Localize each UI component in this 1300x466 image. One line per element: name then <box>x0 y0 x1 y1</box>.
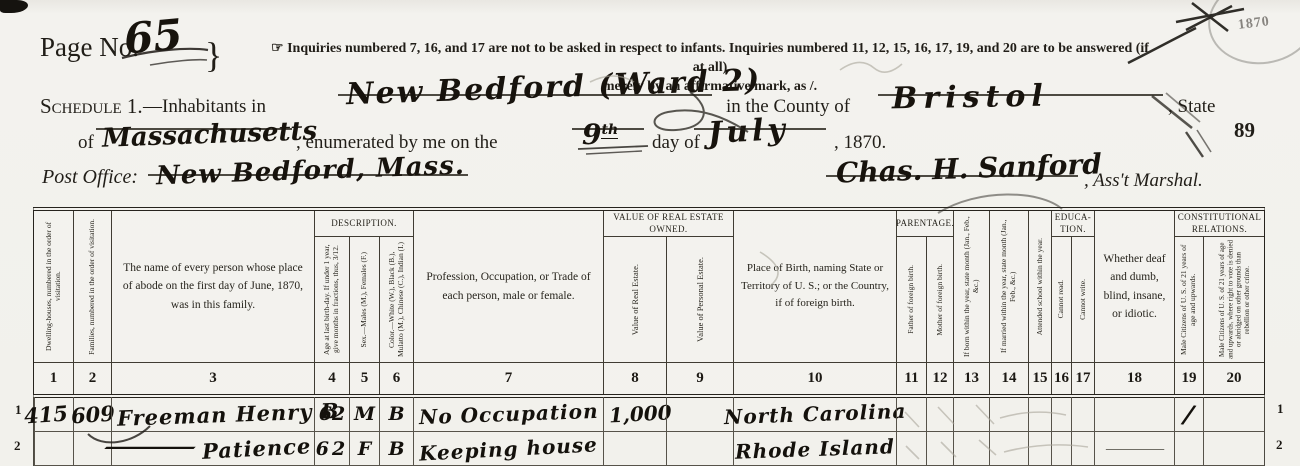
col-num-19: 19 <box>1174 362 1203 394</box>
line-number-left-2: 2 <box>14 438 21 454</box>
year-suffix: , 1870. <box>834 132 886 154</box>
census-document-page: 1870 Page No. 65 } ☞ Inquiries numbered … <box>0 0 1300 466</box>
post-office-value: New Bedford, Mass. <box>156 151 466 192</box>
col-header-married-month: If married within the year, state month … <box>989 211 1028 362</box>
line-number-right-2: 2 <box>1276 437 1283 453</box>
col-header-attended-school: Attended school within the year. <box>1028 211 1051 362</box>
post-office-label: Post Office: <box>42 166 138 189</box>
cell-dwelling-r2 <box>34 432 73 466</box>
schedule-title: Schedule 1. <box>40 94 143 119</box>
col-header-sex: Sex.—Males (M.), Females (F.) <box>349 237 379 362</box>
group-header-constitutional: Constitutional Relations. <box>1174 211 1264 237</box>
col-header-born-month: If born within the year, state month (Ja… <box>953 211 989 362</box>
col-num-9: 9 <box>666 362 733 394</box>
cell-father-foreign-r1 <box>896 397 926 432</box>
enumerated-label: , enumerated by me on the <box>296 132 498 154</box>
cell-attended-school-r1 <box>1028 397 1051 432</box>
col-header-profession: Profession, Occupation, or Trade of each… <box>413 211 603 362</box>
state-suffix: , State <box>1168 96 1216 118</box>
cell-name-r2: —Patience <box>111 432 314 466</box>
col-num-15: 15 <box>1028 362 1051 394</box>
inhabitants-label: —Inhabitants in <box>143 96 266 118</box>
day-label: day of <box>652 132 700 154</box>
group-header-description: Description. <box>314 211 413 237</box>
cell-personal-estate-r1 <box>666 397 733 432</box>
of-label: of <box>78 132 94 154</box>
col-num-10: 10 <box>733 362 896 394</box>
cell-sex-r2: F <box>349 432 379 466</box>
cell-mother-foreign-r1 <box>926 397 953 432</box>
cell-birthplace-r2: Rhode Island <box>733 432 896 466</box>
cell-cannot-read-r1 <box>1051 397 1071 432</box>
cell-age-r2: 62 <box>314 432 349 466</box>
sheet-number: 89 <box>1234 118 1255 143</box>
col-num-11: 11 <box>896 362 926 394</box>
marshal-label: , Ass't Marshal. <box>1084 170 1203 192</box>
county-value: Bristol <box>892 79 1049 117</box>
col-num-20: 20 <box>1203 362 1264 394</box>
page-no-value: 65 <box>122 10 185 64</box>
line-number-left-1: 1 <box>15 402 22 418</box>
cell-married-month-r1 <box>989 397 1028 432</box>
ink-blot <box>0 0 28 13</box>
col-num-7: 7 <box>413 362 603 394</box>
state-value: Massachusetts <box>102 116 318 153</box>
cell-male-citizen-r1: / <box>1174 397 1203 432</box>
cell-born-month-r1 <box>953 397 989 432</box>
cell-cannot-read-r2 <box>1051 432 1071 466</box>
cell-dwelling-r1: 415 <box>34 397 73 432</box>
col-header-dwelling: Dwelling-houses, numbered in the order o… <box>34 211 73 362</box>
col-num-13: 13 <box>953 362 989 394</box>
table-header: Dwelling-houses, numbered in the order o… <box>33 207 1265 398</box>
table-body: 415 609 Freeman Henry B 62 M B No Occupa… <box>33 397 1265 466</box>
cell-cannot-write-r1 <box>1071 397 1094 432</box>
col-num-4: 4 <box>314 362 349 394</box>
col-header-name: The name of every person whose place of … <box>111 211 314 362</box>
cell-age-r1: 62 <box>314 397 349 432</box>
cell-birthplace-r1: North Carolina <box>733 397 896 432</box>
line-number-right-1: 1 <box>1277 401 1284 417</box>
cell-occupation-r2: Keeping house <box>413 432 603 466</box>
col-num-1: 1 <box>34 362 73 394</box>
group-header-parentage: Parentage. <box>896 211 953 237</box>
col-header-color: Color.—White (W.), Black (B.), Mulatto (… <box>379 237 413 362</box>
col-header-birthplace: Place of Birth, naming State or Territor… <box>733 211 896 362</box>
cell-real-estate-r2 <box>603 432 666 466</box>
cell-male-citizen-r2 <box>1174 432 1203 466</box>
col-num-17: 17 <box>1071 362 1094 394</box>
col-num-12: 12 <box>926 362 953 394</box>
cell-cannot-write-r2 <box>1071 432 1094 466</box>
postmark-stamp <box>1203 0 1300 71</box>
col-header-families: Families, numbered in the order of visit… <box>73 211 111 362</box>
col-num-2: 2 <box>73 362 111 394</box>
cell-real-estate-r1: 1,000 <box>603 397 666 432</box>
pointing-hand-icon: ☞ <box>271 41 284 56</box>
col-num-14: 14 <box>989 362 1028 394</box>
cell-male-citizen-denied-r2 <box>1203 432 1264 466</box>
cell-deaf-dumb-r1 <box>1094 397 1174 432</box>
cell-born-month-r2 <box>953 432 989 466</box>
col-num-18: 18 <box>1094 362 1174 394</box>
cell-mother-foreign-r2 <box>926 432 953 466</box>
col-num-16: 16 <box>1051 362 1071 394</box>
col-header-age: Age at last birth-day. If under 1 year, … <box>314 237 349 362</box>
col-header-male-citizen-denied: Male Citizens of U. S. of 21 years of ag… <box>1203 237 1264 362</box>
day-value: 9th <box>582 118 618 151</box>
cell-married-month-r2 <box>989 432 1028 466</box>
cell-sex-r1: M <box>349 397 379 432</box>
col-num-3: 3 <box>111 362 314 394</box>
col-header-cannot-write: Cannot write. <box>1071 237 1094 362</box>
cell-color-r1: B <box>379 397 413 432</box>
cell-personal-estate-r2 <box>666 432 733 466</box>
day-suffix: th <box>601 122 618 139</box>
col-header-cannot-read: Cannot read. <box>1051 237 1071 362</box>
month-value: July <box>707 112 790 151</box>
cell-color-r2: B <box>379 432 413 466</box>
cell-father-foreign-r2 <box>896 432 926 466</box>
cell-name-r1: Freeman Henry B <box>111 397 314 432</box>
col-header-deaf-dumb: Whether deaf and dumb, blind, insane, or… <box>1094 211 1174 362</box>
col-header-father-foreign: Father of foreign birth. <box>896 237 926 362</box>
col-num-8: 8 <box>603 362 666 394</box>
col-num-6: 6 <box>379 362 413 394</box>
brace-glyph: } <box>205 34 222 76</box>
col-header-real-estate-value: Value of Real Estate. <box>603 237 666 362</box>
group-header-real-estate: Value of Real Estate Owned. <box>603 211 733 237</box>
col-header-personal-estate-value: Value of Personal Estate. <box>666 237 733 362</box>
col-header-male-citizen: Male Citizens of U. S. of 21 years of ag… <box>1174 237 1203 362</box>
cell-deaf-dumb-r2: — <box>1094 432 1174 466</box>
cell-attended-school-r2 <box>1028 432 1051 466</box>
col-num-5: 5 <box>349 362 379 394</box>
cell-occupation-r1: No Occupation <box>413 397 603 432</box>
group-header-education: Educa- tion. <box>1051 211 1094 237</box>
cell-male-citizen-denied-r1 <box>1203 397 1264 432</box>
col-header-mother-foreign: Mother of foreign birth. <box>926 237 953 362</box>
cell-family-r1: 609 <box>73 397 111 432</box>
